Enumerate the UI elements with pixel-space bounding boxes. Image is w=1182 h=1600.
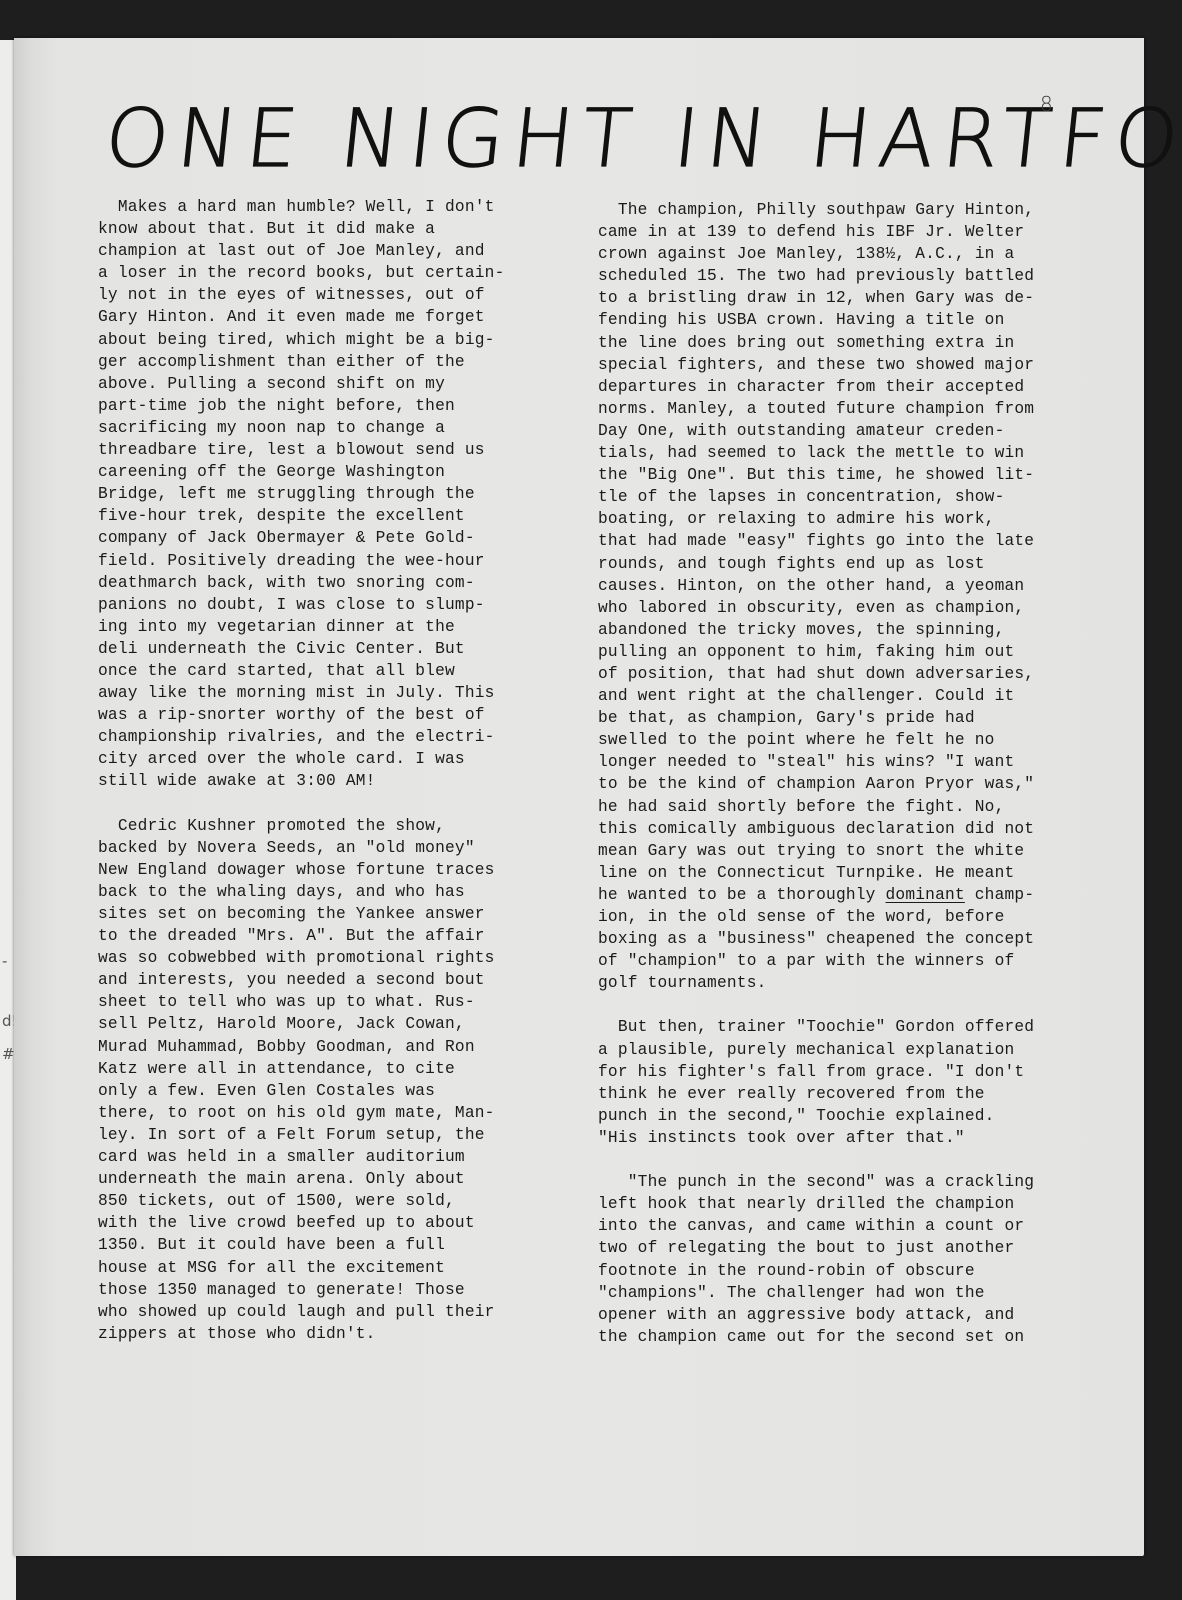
text-line: above. Pulling a second shift on my (98, 373, 568, 395)
text-line: the "Big One". But this time, he showed … (598, 464, 1098, 486)
text-line: zippers at those who didn't. (98, 1323, 568, 1345)
text-line: Gary Hinton. And it even made me forget (98, 306, 568, 328)
text-line: and interests, you needed a second bout (98, 969, 568, 991)
text-line: of position, that had shut down adversar… (598, 663, 1098, 685)
text-line: line on the Connecticut Turnpike. He mea… (598, 862, 1098, 884)
text-line: rounds, and tough fights end up as lost (598, 553, 1098, 575)
text-line: and went right at the challenger. Could … (598, 685, 1098, 707)
text-line: who labored in obscurity, even as champi… (598, 597, 1098, 619)
text-line: part-time job the night before, then (98, 395, 568, 417)
text-line: New England dowager whose fortune traces (98, 859, 568, 881)
underlined-word: dominant (886, 886, 965, 904)
text-line: scheduled 15. The two had previously bat… (598, 265, 1098, 287)
text-line: tials, had seemed to lack the mettle to … (598, 442, 1098, 464)
text-line: who showed up could laugh and pull their (98, 1301, 568, 1323)
text-line: of "champion" to a par with the winners … (598, 950, 1098, 972)
text-line: a loser in the record books, but certain… (98, 262, 568, 284)
text-line: "champions". The challenger had won the (598, 1282, 1098, 1304)
text-line: mean Gary was out trying to snort the wh… (598, 840, 1098, 862)
text-line: the champion came out for the second set… (598, 1326, 1098, 1348)
text-line: house at MSG for all the excitement (98, 1257, 568, 1279)
text-line: causes. Hinton, on the other hand, a yeo… (598, 575, 1098, 597)
text-line: city arced over the whole card. I was (98, 748, 568, 770)
text-line: pulling an opponent to him, faking him o… (598, 641, 1098, 663)
text-line: panions no doubt, I was close to slump- (98, 594, 568, 616)
text-line: boxing as a "business" cheapened the con… (598, 928, 1098, 950)
text-line: five-hour trek, despite the excellent (98, 505, 568, 527)
text-line: still wide awake at 3:00 AM! (98, 770, 568, 792)
text-line: tle of the lapses in concentration, show… (598, 486, 1098, 508)
text-line: to be the kind of champion Aaron Pryor w… (598, 773, 1098, 795)
text-line: fending his USBA crown. Having a title o… (598, 309, 1098, 331)
text-line: there, to root on his old gym mate, Man- (98, 1102, 568, 1124)
margin-mark: - (2, 952, 7, 970)
paragraph: The champion, Philly southpaw Gary Hinto… (598, 199, 1098, 994)
text-line: norms. Manley, a touted future champion … (598, 398, 1098, 420)
page-number: 8 (1040, 92, 1053, 116)
text-line: championship rivalries, and the electri- (98, 726, 568, 748)
article-title: ONE NIGHT IN HARTFORD (100, 84, 1062, 194)
text-line: backed by Novera Seeds, an "old money" (98, 837, 568, 859)
text-line: back to the whaling days, and who has (98, 881, 568, 903)
right-column: The champion, Philly southpaw Gary Hinto… (598, 199, 1098, 1370)
text-line: "His instincts took over after that." (598, 1127, 1098, 1149)
text-line: ing into my vegetarian dinner at the (98, 616, 568, 638)
text-line: Makes a hard man humble? Well, I don't (98, 196, 568, 218)
text-line: departures in character from their accep… (598, 376, 1098, 398)
text-line: Bridge, left me struggling through the (98, 483, 568, 505)
text-line: abandoned the tricky moves, the spinning… (598, 619, 1098, 641)
text-line: know about that. But it did make a (98, 218, 568, 240)
text-line: away like the morning mist in July. This (98, 682, 568, 704)
text-line: those 1350 managed to generate! Those (98, 1279, 568, 1301)
text-line: sites set on becoming the Yankee answer (98, 903, 568, 925)
text-line: into the canvas, and came within a count… (598, 1215, 1098, 1237)
text-line: The champion, Philly southpaw Gary Hinto… (598, 199, 1098, 221)
margin-mark: # (2, 1045, 15, 1063)
text-line: once the card started, that all blew (98, 660, 568, 682)
text-line: came in at 139 to defend his IBF Jr. Wel… (598, 221, 1098, 243)
text-line: golf tournaments. (598, 972, 1098, 994)
text-line: 850 tickets, out of 1500, were sold, (98, 1190, 568, 1212)
text-line: ger accomplishment than either of the (98, 351, 568, 373)
paragraph: Makes a hard man humble? Well, I don'tkn… (98, 196, 568, 793)
text-line: 1350. But it could have been a full (98, 1234, 568, 1256)
text-line: think he ever really recovered from the (598, 1083, 1098, 1105)
text-line: sheet to tell who was up to what. Rus- (98, 991, 568, 1013)
text-line: about being tired, which might be a big- (98, 329, 568, 351)
text-line: to the dreaded "Mrs. A". But the affair (98, 925, 568, 947)
text-line: this comically ambiguous declaration did… (598, 818, 1098, 840)
paragraph: Cedric Kushner promoted the show,backed … (98, 815, 568, 1345)
text-line: with the live crowd beefed up to about (98, 1212, 568, 1234)
text-line: that had made "easy" fights go into the … (598, 530, 1098, 552)
text-line: company of Jack Obermayer & Pete Gold- (98, 527, 568, 549)
text-line: "The punch in the second" was a cracklin… (598, 1171, 1098, 1193)
text-line: be that, as champion, Gary's pride had (598, 707, 1098, 729)
text-line: punch in the second," Toochie explained. (598, 1105, 1098, 1127)
text-line: Katz were all in attendance, to cite (98, 1058, 568, 1080)
text-line: field. Positively dreading the wee-hour (98, 550, 568, 572)
text-line: was so cobwebbed with promotional rights (98, 947, 568, 969)
text-line: he wanted to be a thoroughly dominant ch… (598, 884, 1098, 906)
text-line: Day One, with outstanding amateur creden… (598, 420, 1098, 442)
text-line: sacrificing my noon nap to change a (98, 417, 568, 439)
text-line: careening off the George Washington (98, 461, 568, 483)
text-line: card was held in a smaller auditorium (98, 1146, 568, 1168)
paragraph: But then, trainer "Toochie" Gordon offer… (598, 1016, 1098, 1149)
text-line: only a few. Even Glen Costales was (98, 1080, 568, 1102)
text-line: deathmarch back, with two snoring com- (98, 572, 568, 594)
text-line: ley. In sort of a Felt Forum setup, the (98, 1124, 568, 1146)
text-line: sell Peltz, Harold Moore, Jack Cowan, (98, 1013, 568, 1035)
text-line: crown against Joe Manley, 138½, A.C., in… (598, 243, 1098, 265)
text-line: a plausible, purely mechanical explanati… (598, 1039, 1098, 1061)
text-line: longer needed to "steal" his wins? "I wa… (598, 751, 1098, 773)
text-line: underneath the main arena. Only about (98, 1168, 568, 1190)
text-line: the line does bring out something extra … (598, 332, 1098, 354)
text-line: opener with an aggressive body attack, a… (598, 1304, 1098, 1326)
text-line: to a bristling draw in 12, when Gary was… (598, 287, 1098, 309)
text-line: swelled to the point where he felt he no (598, 729, 1098, 751)
text-line: special fighters, and these two showed m… (598, 354, 1098, 376)
text-line: Cedric Kushner promoted the show, (98, 815, 568, 837)
text-line: deli underneath the Civic Center. But (98, 638, 568, 660)
text-line: was a rip-snorter worthy of the best of (98, 704, 568, 726)
text-line: ion, in the old sense of the word, befor… (598, 906, 1098, 928)
text-line: boating, or relaxing to admire his work, (598, 508, 1098, 530)
text-line: threadbare tire, lest a blowout send us (98, 439, 568, 461)
show-through-text (100, 1380, 1060, 1440)
text-line: ly not in the eyes of witnesses, out of (98, 284, 568, 306)
text-line: champion at last out of Joe Manley, and (98, 240, 568, 262)
text-line: But then, trainer "Toochie" Gordon offer… (598, 1016, 1098, 1038)
left-column: Makes a hard man humble? Well, I don'tkn… (98, 196, 568, 1367)
text-line: for his fighter's fall from grace. "I do… (598, 1061, 1098, 1083)
text-line: footnote in the round-robin of obscure (598, 1260, 1098, 1282)
text-line: Murad Muhammad, Bobby Goodman, and Ron (98, 1036, 568, 1058)
text-line: he had said shortly before the fight. No… (598, 796, 1098, 818)
paragraph: "The punch in the second" was a cracklin… (598, 1171, 1098, 1348)
text-line: two of relegating the bout to just anoth… (598, 1237, 1098, 1259)
text-line: left hook that nearly drilled the champi… (598, 1193, 1098, 1215)
